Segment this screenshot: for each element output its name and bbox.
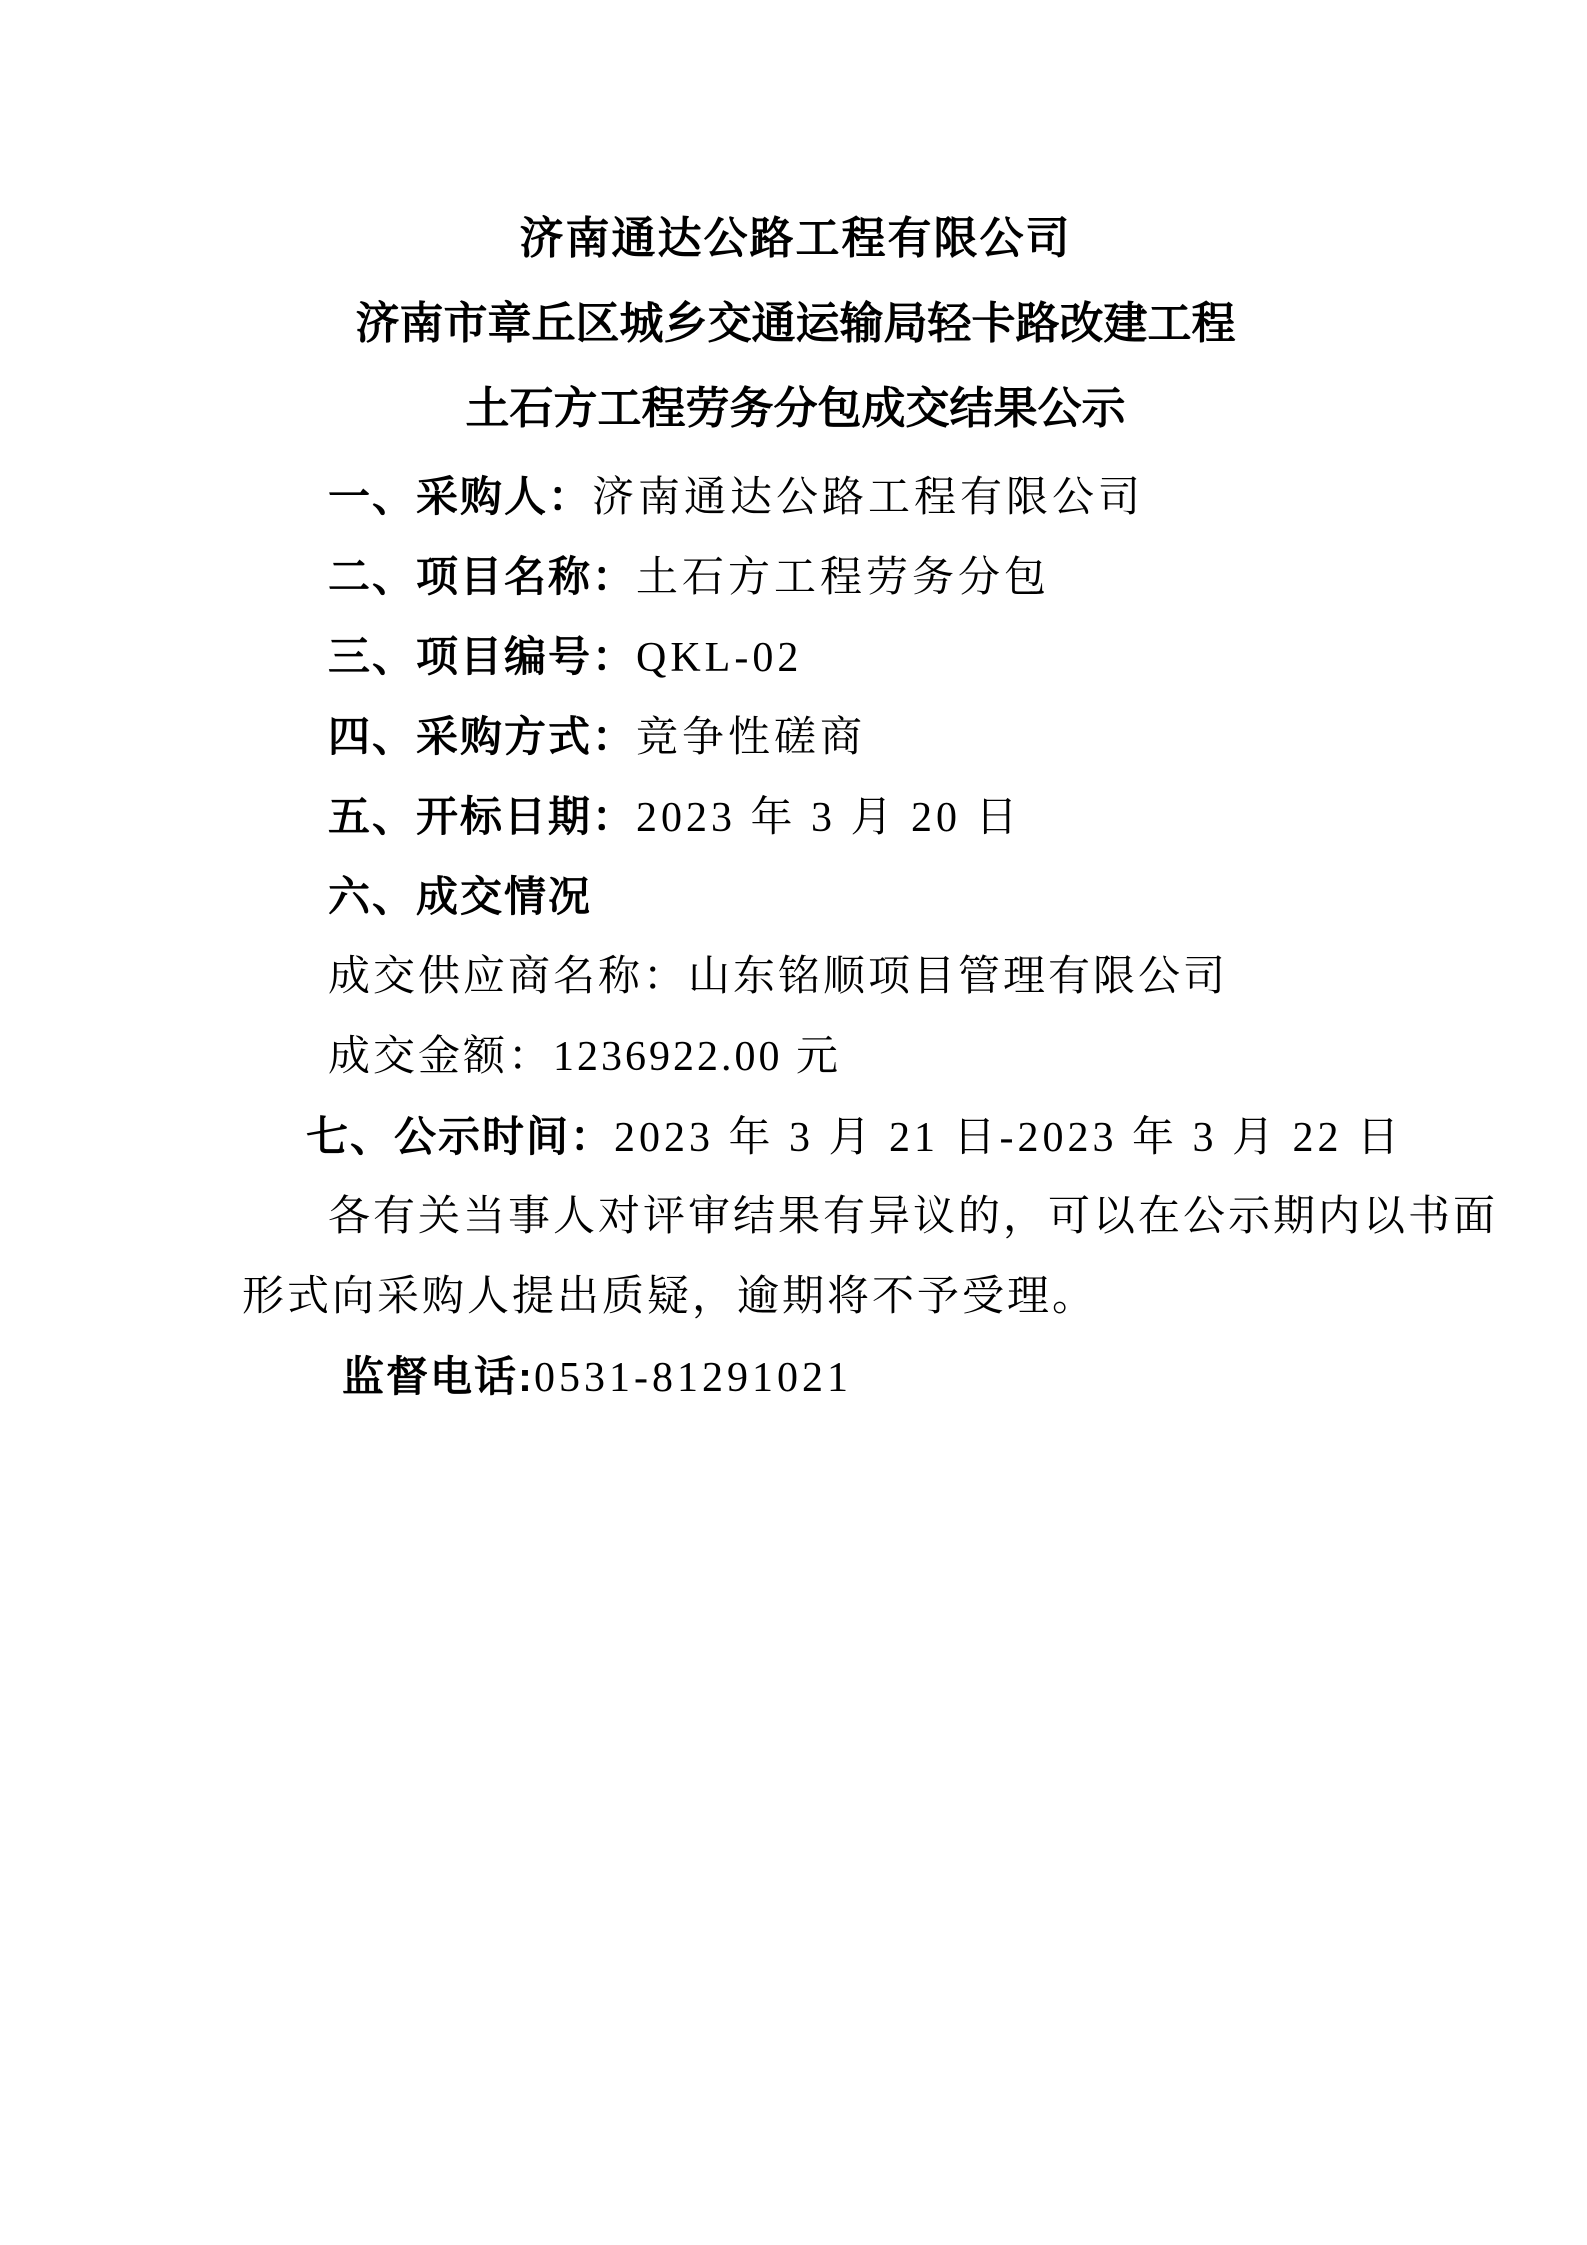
item-procurement-method-label: 四、采购方式： <box>328 713 636 760</box>
award-amount-value: 1236922.00 元 <box>553 1034 841 1080</box>
item-award-status: 六、成交情况 <box>242 857 1349 937</box>
item-project-number-value: QKL-02 <box>636 635 802 681</box>
doc-title-project: 济南市章丘区城乡交通运输局轻卡路改建工程 <box>242 281 1349 366</box>
award-amount-line: 成交金额：1236922.00 元 <box>242 1017 1349 1097</box>
item-project-number: 三、项目编号：QKL-02 <box>242 617 1349 697</box>
item-purchaser-label: 一、采购人： <box>328 473 592 520</box>
item-bid-opening-date-value: 2023 年 3 月 20 日 <box>636 795 1022 841</box>
supervision-phone-label: 监督电话: <box>342 1353 534 1400</box>
item-publicity-period: 七、公示时间：2023 年 3 月 21 日-2023 年 3 月 22 日 <box>242 1097 1349 1177</box>
item-project-name: 二、项目名称：土石方工程劳务分包 <box>242 537 1349 617</box>
doc-title-company: 济南通达公路工程有限公司 <box>242 0 1349 281</box>
item-project-number-label: 三、项目编号： <box>328 633 636 680</box>
item-project-name-value: 土石方工程劳务分包 <box>636 555 1050 601</box>
item-award-status-label: 六、成交情况 <box>328 873 592 920</box>
item-project-name-label: 二、项目名称： <box>328 553 636 600</box>
item-purchaser: 一、采购人：济南通达公路工程有限公司 <box>242 457 1349 537</box>
award-supplier-line: 成交供应商名称：山东铭顺项目管理有限公司 <box>242 937 1349 1017</box>
supervision-phone-number: 0531-81291021 <box>534 1355 852 1401</box>
item-purchaser-value: 济南通达公路工程有限公司 <box>592 475 1144 521</box>
award-supplier-label: 成交供应商名称： <box>328 954 688 1000</box>
notice-paragraph-line2: 形式向采购人提出质疑，逾期将不予受理。 <box>242 1257 1349 1337</box>
item-publicity-period-value: 2023 年 3 月 21 日-2023 年 3 月 22 日 <box>614 1115 1403 1161</box>
item-bid-opening-date: 五、开标日期：2023 年 3 月 20 日 <box>242 777 1349 857</box>
item-procurement-method: 四、采购方式：竞争性磋商 <box>242 697 1349 777</box>
item-procurement-method-value: 竞争性磋商 <box>636 715 866 761</box>
award-supplier-value: 山东铭顺项目管理有限公司 <box>688 954 1228 1000</box>
item-bid-opening-date-label: 五、开标日期： <box>328 793 636 840</box>
item-publicity-period-label: 七、公示时间： <box>306 1113 614 1160</box>
notice-paragraph-line1: 各有关当事人对评审结果有异议的，可以在公示期内以书面 <box>242 1177 1349 1257</box>
doc-title-announcement: 土石方工程劳务分包成交结果公示 <box>242 366 1349 451</box>
document-page: 济南通达公路工程有限公司 济南市章丘区城乡交通运输局轻卡路改建工程 土石方工程劳… <box>0 0 1587 2245</box>
document-body: 济南通达公路工程有限公司 济南市章丘区城乡交通运输局轻卡路改建工程 土石方工程劳… <box>242 0 1349 1417</box>
supervision-phone-line: 监督电话:0531-81291021 <box>242 1337 1349 1417</box>
award-amount-label: 成交金额： <box>328 1034 553 1080</box>
